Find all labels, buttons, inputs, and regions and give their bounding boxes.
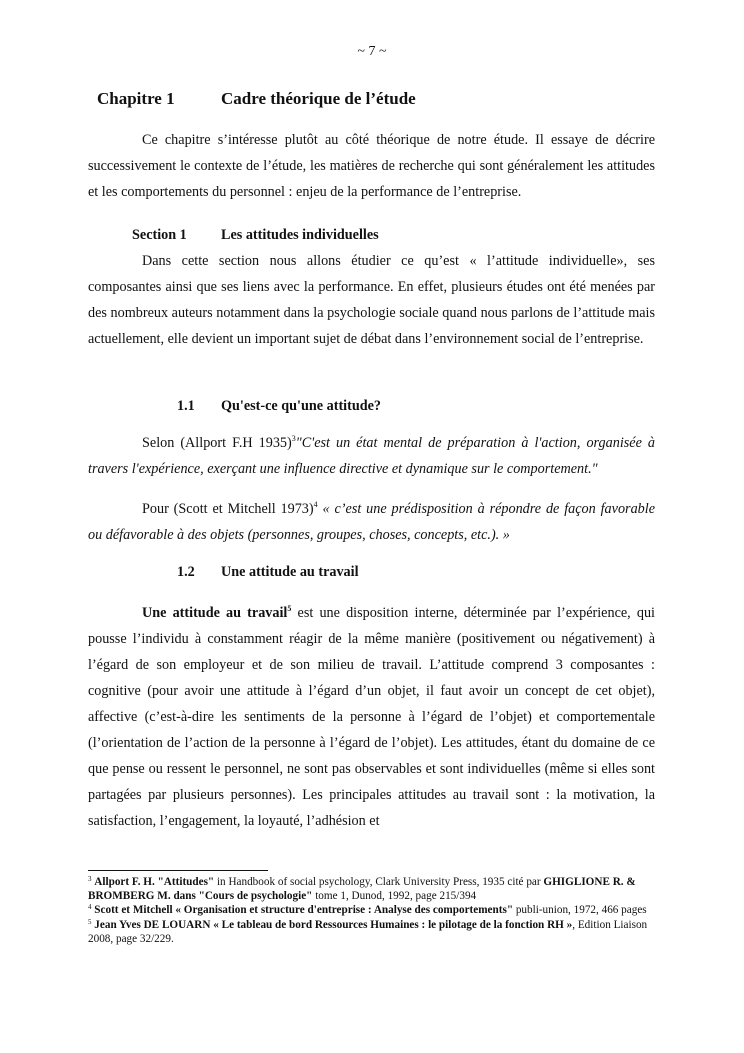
page-number: ~ 7 ~ [0, 44, 744, 60]
scott-mitchell-definition: Pour (Scott et Mitchell 1973)4 « c’est u… [88, 496, 655, 548]
chapter-number: Chapitre 1 [97, 89, 221, 109]
footnote-separator [88, 870, 268, 871]
footnote-number: 3 [88, 875, 92, 883]
work-attitude-text: est une disposition interne, déterminée … [88, 605, 655, 829]
section-number: Section 1 [132, 227, 221, 244]
footnote-number: 4 [88, 903, 92, 911]
footnote-bold: Allport F. H. "Attitudes" [94, 876, 214, 888]
footnote-text: in Handbook of social psychology, Clark … [214, 876, 543, 888]
footnote-number: 5 [88, 918, 92, 926]
footnote-text: tome 1, Dunod, 1992, page 215/394 [312, 890, 476, 902]
work-attitude-term: Une attitude au travail [142, 605, 287, 621]
chapter-title: Cadre théorique de l’étude [221, 89, 416, 108]
section-1-paragraph: Dans cette section nous allons étudier c… [88, 248, 655, 352]
section-1-heading: Section 1Les attitudes individuelles [132, 227, 379, 244]
subsection-1-1-heading: 1.1Qu'est-ce qu'une attitude? [177, 398, 381, 415]
footnotes: 3 Allport F. H. "Attitudes" in Handbook … [88, 875, 668, 946]
subsection-title: Qu'est-ce qu'une attitude? [221, 398, 381, 414]
subsection-1-2-heading: 1.2Une attitude au travail [177, 564, 359, 581]
allport-definition: Selon (Allport F.H 1935)3"C'est un état … [88, 430, 655, 482]
citation-lead: Selon (Allport F.H 1935) [142, 435, 292, 451]
footnote-bold: Jean Yves DE LOUARN « Le tableau de bord… [94, 919, 572, 931]
footnote-text: publi-union, 1972, 466 pages [513, 904, 647, 916]
intro-paragraph: Ce chapitre s’intéresse plutôt au côté t… [88, 127, 655, 205]
intro-text: Ce chapitre s’intéresse plutôt au côté t… [88, 132, 655, 200]
subsection-number: 1.1 [177, 398, 221, 415]
footnote-bold: Scott et Mitchell « Organisation et stru… [94, 904, 513, 916]
citation-lead: Pour (Scott et Mitchell 1973) [142, 501, 314, 517]
footnote-4: 4 Scott et Mitchell « Organisation et st… [88, 903, 668, 917]
subsection-title: Une attitude au travail [221, 564, 359, 580]
work-attitude-paragraph: Une attitude au travail5 est une disposi… [88, 600, 655, 834]
subsection-number: 1.2 [177, 564, 221, 581]
footnote-5: 5 Jean Yves DE LOUARN « Le tableau de bo… [88, 918, 668, 946]
section-1-text: Dans cette section nous allons étudier c… [88, 253, 655, 347]
chapter-heading: Chapitre 1Cadre théorique de l’étude [97, 89, 416, 109]
section-title: Les attitudes individuelles [221, 227, 379, 243]
footnote-3: 3 Allport F. H. "Attitudes" in Handbook … [88, 875, 668, 903]
